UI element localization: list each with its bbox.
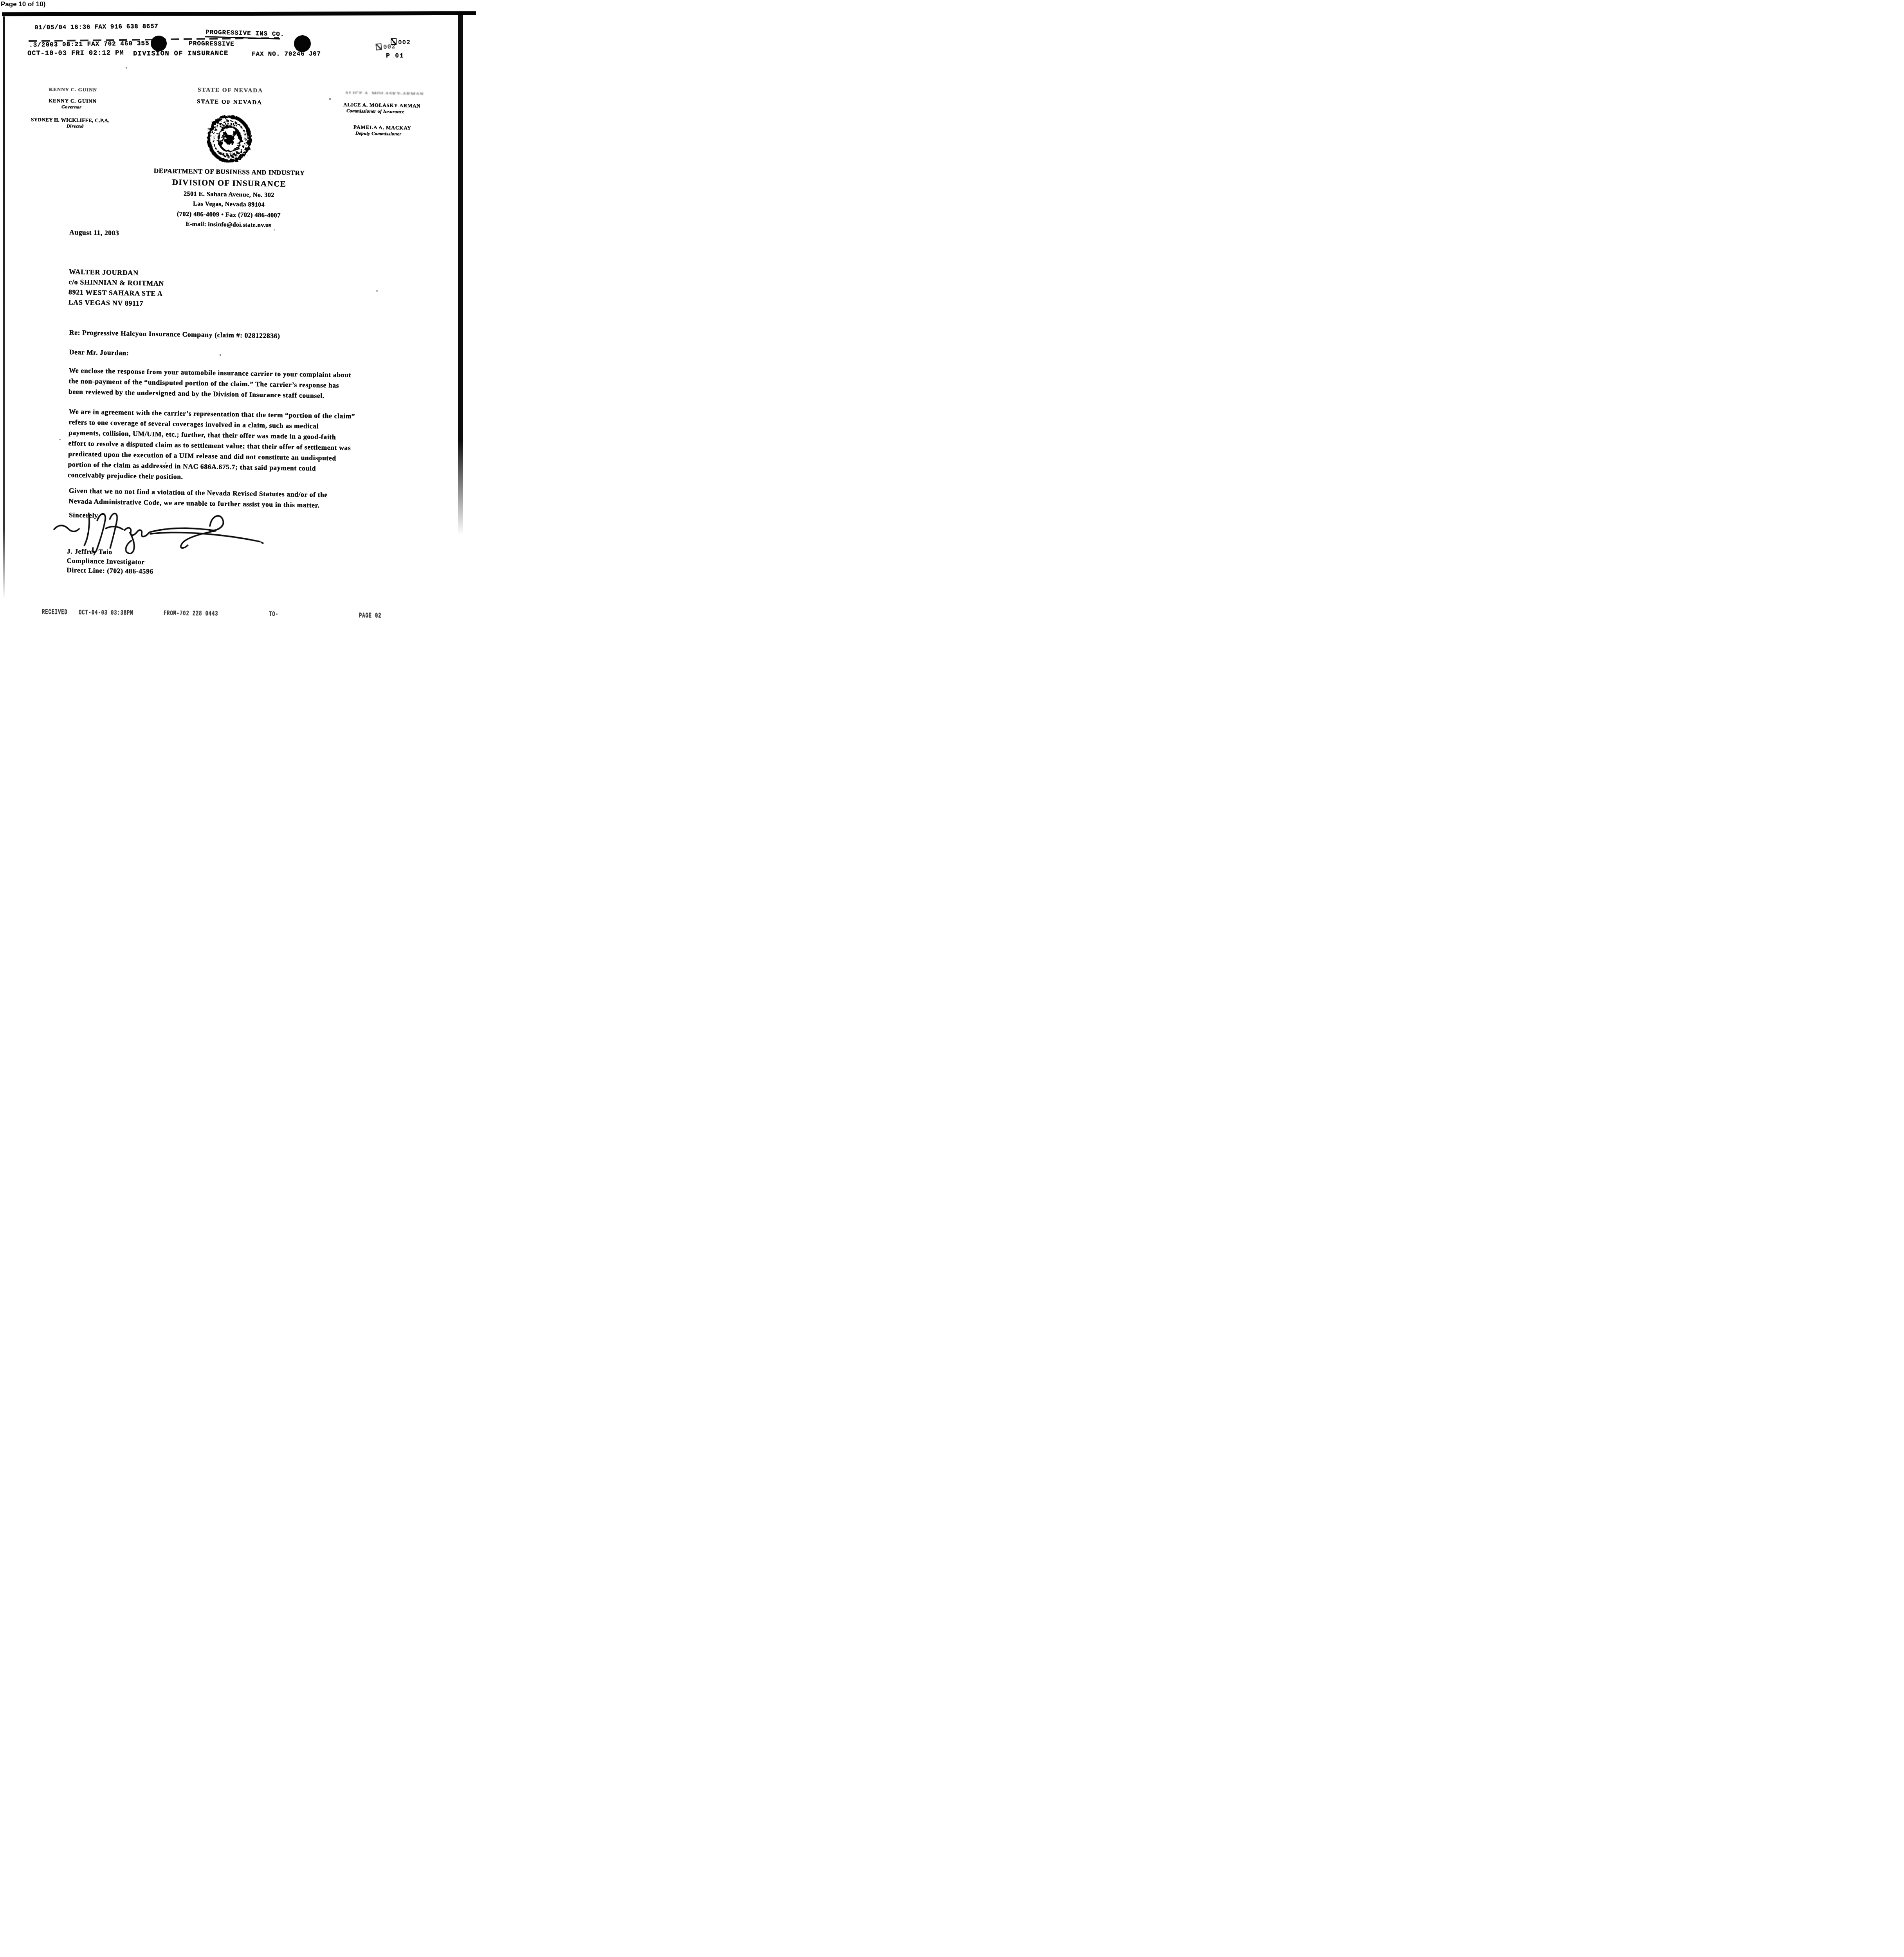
state-name: STATE OF NEVADA <box>197 99 262 106</box>
recipient-line: WALTER JOURDAN <box>69 267 164 278</box>
footer-page-number: PAGE 02 <box>359 612 382 620</box>
letterhead-department-block: DEPARTMENT OF BUSINESS AND INDUSTRY DIVI… <box>135 167 323 230</box>
footer-to-label: TO- <box>269 610 279 618</box>
nevada-state-seal-icon <box>206 114 253 164</box>
fax-footer: RECEIVED OCT-04-03 03:38PM FROM-702 228 … <box>0 609 476 613</box>
governor-title: Governor <box>61 104 82 110</box>
recipient-line: 8921 WEST SAHARA STE A <box>69 287 164 299</box>
letter-date: August 11, 2003 <box>69 228 119 237</box>
viewer-page-label: Page 10 of 10) <box>1 0 45 8</box>
recipient-address-block: WALTER JOURDAN c/o SHINNIAN & ROITMAN 89… <box>68 267 164 309</box>
letter-paragraph: We enclose the response from your automo… <box>69 365 351 402</box>
scan-left-edge-bar <box>3 16 5 599</box>
governor-name-ghost: KENNY C. GUINN <box>49 86 97 93</box>
letter-paragraph: Given that we no not find a violation of… <box>69 485 328 511</box>
fax-header-line3-right: FAX NO. 70246 J07 <box>252 50 321 58</box>
fax-document-page: Page 10 of 10) 01/05/04 16:36 FAX 916 63… <box>0 0 476 623</box>
footer-received-label: RECEIVED <box>42 608 68 616</box>
footer-from-number: FROM-702 228 0443 <box>164 609 218 618</box>
fax-artifact-dot <box>294 35 311 52</box>
division-name: DIVISION OF INSURANCE <box>136 177 322 189</box>
re-line: Re: Progressive Halcyon Insurance Compan… <box>69 327 280 341</box>
director-name: SYDNEY H. WICKLIFFE, C.P.A. <box>31 117 110 124</box>
letter-paragraph: We are in agreement with the carrier’s r… <box>68 406 355 485</box>
letterhead-address: 2501 E. Sahara Avenue, No. 302 <box>136 190 322 200</box>
fax-header-line2-company: PROGRESSIVE <box>189 40 234 48</box>
recipient-line: c/o SHINNIAN & ROITMAN <box>69 277 164 288</box>
fax-header-line1-left: 01/05/04 16:36 FAX 916 638 8657 <box>34 23 158 31</box>
commissioner-name-ghost: ALICE A. MOLASKY-ARMAN <box>345 90 427 95</box>
signer-name: J. Jeffrey Taio <box>67 546 154 557</box>
fax-stamp-icon <box>391 38 397 45</box>
governor-name: KENNY C. GUINN <box>49 97 97 105</box>
department-name: DEPARTMENT OF BUSINESS AND INDUSTRY <box>136 167 323 177</box>
state-name-ghost: STATE OF NEVADA <box>198 87 263 94</box>
deputy-title: Deputy Commissioner <box>355 130 402 137</box>
fax-stamp: 002 <box>391 38 411 46</box>
footer-datetime: OCT-04-03 03:38PM <box>79 608 133 617</box>
letterhead-email-line: E-mail: insinfo@doi.state.nv.us <box>135 220 322 230</box>
scan-top-edge-bar <box>2 11 476 16</box>
signer-phone: Direct Line: (702) 486-4596 <box>67 565 153 576</box>
fax-stamp-number: 002 <box>398 39 411 46</box>
scan-noise-specks <box>0 0 1 1</box>
fax-stamp-icon <box>375 43 382 50</box>
signer-block: J. Jeffrey Taio Compliance Investigator … <box>67 546 154 576</box>
fax-page-stamp: P 01 <box>386 52 404 59</box>
fax-header-line3-center: DIVISION OF INSURANCE <box>133 50 229 58</box>
letterhead-phone-line: (702) 486-4009 • Fax (702) 486-4007 <box>135 209 322 220</box>
director-title: Director <box>67 123 85 130</box>
fax-header-line2-left: .3/2003 08:21 FAX 702 460 355 <box>29 40 150 49</box>
signer-title: Compliance Investigator <box>67 556 153 567</box>
commissioner-title: Commissioner of Insurance <box>346 108 404 115</box>
scan-right-edge-bar <box>458 14 463 535</box>
fax-artifact-dot <box>151 36 167 51</box>
fax-header-line3-left: OCT-10-03 FRI 02:12 PM <box>27 49 124 57</box>
letterhead-city-line: Las Vegas, Nevada 89104 <box>135 200 322 209</box>
salutation: Dear Mr. Jourdan: <box>69 347 129 359</box>
recipient-line: LAS VEGAS NV 89117 <box>68 297 164 309</box>
